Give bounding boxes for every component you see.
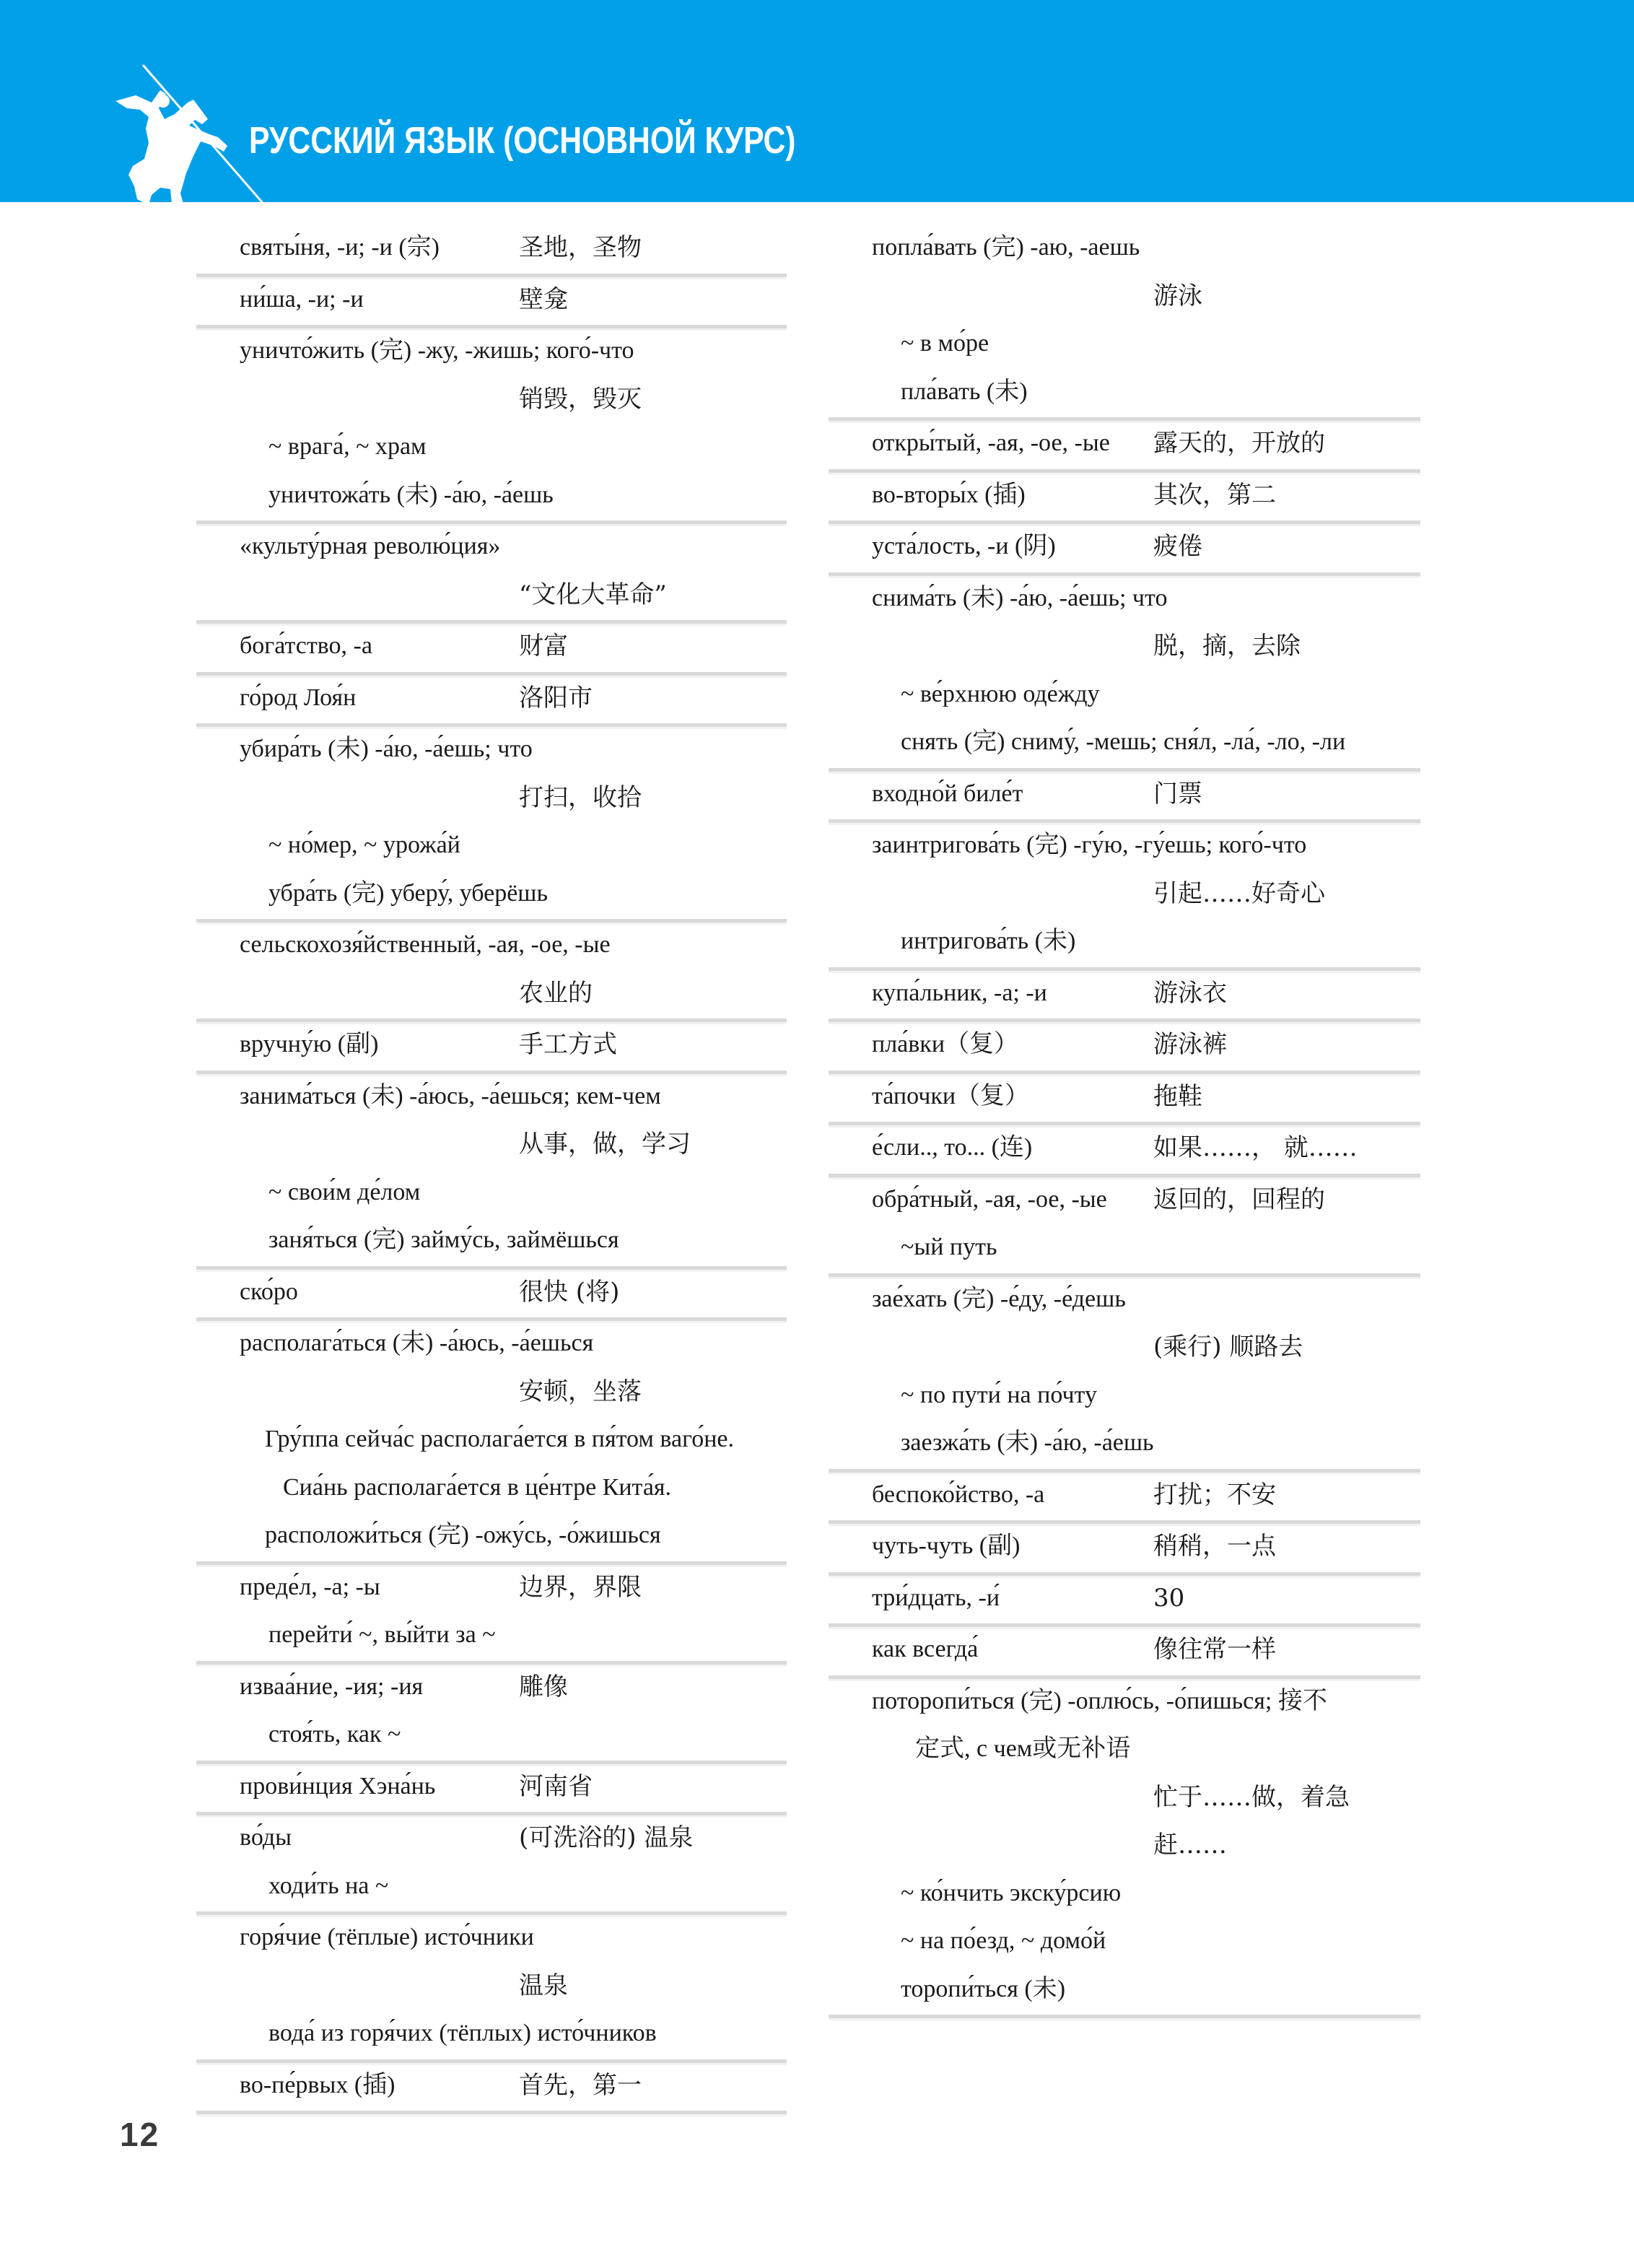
glossary-entry: попла́вать (完) -аю, -аешь游泳~ в мо́репла́… bbox=[829, 225, 1420, 421]
example-text: ~ врага́, ~ храм bbox=[268, 424, 427, 469]
entry-line: ~ но́мер, ~ урожа́й bbox=[196, 823, 787, 871]
chinese-translation: 圣地，圣物 bbox=[519, 225, 642, 270]
glossary-entry: обра́тный, -ая, -ое, -ые返回的，回程的~ый путь bbox=[829, 1177, 1420, 1277]
entry-line: 销毁，毁灭 bbox=[196, 377, 787, 425]
entry-line: 温泉 bbox=[196, 1963, 787, 2012]
entry-line: убра́ть (完) уберу́, уберёшь bbox=[196, 871, 787, 920]
russian-term: располага́ться (未) -а́юсь, -а́ешься bbox=[240, 1321, 593, 1366]
russian-term: беспоко́йство, -а bbox=[872, 1473, 1044, 1517]
chinese-translation: 脱，摘，去除 bbox=[1153, 624, 1301, 668]
entry-line: уничтожа́ть (未) -а́ю, -а́ешь bbox=[196, 473, 787, 521]
entry-line: три́дцать, -и́30 bbox=[829, 1576, 1420, 1624]
chinese-translation: 手工方式 bbox=[519, 1022, 617, 1067]
russian-term: ско́ро bbox=[240, 1270, 298, 1314]
glossary-entry: ско́ро很快 (将) bbox=[196, 1270, 787, 1322]
glossary-entry: «культу́рная револю́ция»“文化大革命” bbox=[196, 524, 787, 624]
chinese-translation: 壁龛 bbox=[519, 277, 568, 322]
chinese-translation: 像往常一样 bbox=[1153, 1627, 1276, 1672]
example-text: пла́вать (未) bbox=[901, 370, 1028, 414]
glossary-entry: уста́лость, -и (阴)疲倦 bbox=[829, 524, 1420, 576]
chinese-translation: 30 bbox=[1153, 1576, 1184, 1621]
russian-term: занима́ться (未) -а́юсь, -а́ешься; кем-че… bbox=[240, 1074, 661, 1119]
entry-line: вручну́ю (副)手工方式 bbox=[196, 1022, 787, 1070]
example-text: ~ в мо́ре bbox=[901, 321, 989, 366]
entry-line: стоя́ть, как ~ bbox=[196, 1712, 787, 1761]
entry-line: уничто́жить (完) -жу, -жишь; кого́-что bbox=[196, 328, 787, 377]
russian-term: изваа́ние, -ия; -ия bbox=[240, 1665, 423, 1709]
glossary-entry: пла́вки（复）游泳裤 bbox=[829, 1022, 1420, 1074]
glossary-entry: располага́ться (未) -а́юсь, -а́ешься安顿，坐落… bbox=[196, 1321, 787, 1565]
entry-line: ~ на по́езд, ~ домо́й bbox=[829, 1919, 1420, 1967]
russian-term: поторопи́ться (完) -оплю́сь, -о́пишься; 接… bbox=[872, 1679, 1327, 1724]
entry-line: пла́вки（复）游泳裤 bbox=[829, 1022, 1420, 1070]
example-text: ~ ве́рхнюю оде́жду bbox=[901, 672, 1100, 717]
chinese-translation: 赶…… bbox=[1153, 1823, 1227, 1867]
entry-line: зае́хать (完) -е́ду, -е́дешь bbox=[829, 1277, 1420, 1325]
russian-term: бога́тство, -а bbox=[240, 624, 372, 668]
entry-line: 忙于……做，着急 bbox=[829, 1775, 1420, 1823]
example-text: Гру́ппа сейча́с располага́ется в пя́том … bbox=[265, 1417, 734, 1462]
chinese-translation: 首先，第一 bbox=[519, 2063, 642, 2108]
glossary-entry: сельскохозя́йственный, -ая, -ое, -ые农业的 bbox=[196, 923, 787, 1022]
chinese-translation: 疲倦 bbox=[1153, 524, 1202, 569]
chinese-translation: 很快 (将) bbox=[519, 1270, 619, 1314]
russian-term: во-пе́рвых (插) bbox=[240, 2063, 395, 2108]
glossary-entry: е́сли.., то... (连)如果……， 就…… bbox=[829, 1125, 1420, 1177]
page-number: 12 bbox=[120, 2115, 160, 2154]
entry-line: купа́льник, -а; -и游泳衣 bbox=[829, 971, 1420, 1019]
chinese-translation: “文化大革命” bbox=[519, 572, 667, 617]
entry-line: пла́вать (未) bbox=[829, 370, 1420, 418]
glossary-entry: вручну́ю (副)手工方式 bbox=[196, 1022, 787, 1074]
entry-line: сельскохозя́йственный, -ая, -ое, -ые bbox=[196, 923, 787, 971]
example-text: интригова́ть (未) bbox=[901, 919, 1075, 964]
russian-term: ни́ша, -и; -и bbox=[240, 277, 364, 322]
chinese-translation: (乘行) 顺路去 bbox=[1153, 1325, 1303, 1369]
entry-line: перейти́ ~, вы́йти за ~ bbox=[196, 1613, 787, 1661]
entry-line: 脱，摘，去除 bbox=[829, 624, 1420, 672]
entry-line: во-вторы́х (插)其次，第二 bbox=[829, 473, 1420, 521]
entry-line: ~ свои́м де́лом bbox=[196, 1170, 787, 1218]
example-text: убра́ть (完) уберу́, уберёшь bbox=[268, 871, 548, 916]
russian-term: как всегда́ bbox=[872, 1627, 978, 1672]
glossary-entry: изваа́ние, -ия; -ия雕像стоя́ть, как ~ bbox=[196, 1665, 787, 1764]
russian-term: уничто́жить (完) -жу, -жишь; кого́-что bbox=[240, 328, 634, 373]
entry-line: ~ ве́рхнюю оде́жду bbox=[829, 672, 1420, 720]
entry-line: 农业的 bbox=[196, 971, 787, 1019]
entry-line: Сиа́нь располага́ется в це́нтре Кита́я. bbox=[196, 1465, 787, 1514]
glossary-column-right: попла́вать (完) -аю, -аешь游泳~ в мо́репла́… bbox=[829, 225, 1420, 2018]
example-text: снять (完) сниму́, -мешь; сня́л, -ла́, -л… bbox=[901, 720, 1345, 764]
russian-term: откры́тый, -ая, -ое, -ые bbox=[872, 421, 1110, 466]
chinese-translation: 雕像 bbox=[519, 1665, 568, 1709]
entry-line: заезжа́ть (未) -а́ю, -а́ешь bbox=[829, 1421, 1420, 1469]
entry-line: 引起……好奇心 bbox=[829, 871, 1420, 920]
example-text: ~ ко́нчить экску́рсию bbox=[901, 1871, 1121, 1916]
russian-term: прови́нция Хэна́нь bbox=[240, 1764, 435, 1809]
example-text: ~ свои́м де́лом bbox=[268, 1170, 420, 1215]
glossary-entry: святы́ня, -и; -и (宗)圣地，圣物 bbox=[196, 225, 787, 277]
glossary-entry: го́род Лоя́н洛阳市 bbox=[196, 676, 787, 728]
russian-term: убира́ть (未) -а́ю, -а́ешь; что bbox=[240, 727, 533, 772]
glossary-entry: во́ды(可洗浴的) 温泉ходи́ть на ~ bbox=[196, 1815, 787, 1915]
entry-line: ходи́ть на ~ bbox=[196, 1864, 787, 1912]
glossary-entry: во-пе́рвых (插)首先，第一 bbox=[196, 2063, 787, 2115]
example-text: торопи́ться (未) bbox=[901, 1967, 1065, 2012]
chinese-translation: 打扰；不安 bbox=[1153, 1473, 1276, 1517]
book-title: РУССКИЙ ЯЗЫК (ОСНОВНОЙ КУРС) bbox=[249, 115, 795, 166]
entry-line: го́род Лоя́н洛阳市 bbox=[196, 676, 787, 724]
glossary-entry: убира́ть (未) -а́ю, -а́ешь; что打扫，收拾~ но́… bbox=[196, 727, 787, 923]
example-text: ~ но́мер, ~ урожа́й bbox=[268, 823, 460, 868]
entry-line: снима́ть (未) -а́ю, -а́ешь; что bbox=[829, 576, 1420, 624]
entry-line: беспоко́йство, -а打扰；不安 bbox=[829, 1473, 1420, 1521]
russian-term: вручну́ю (副) bbox=[240, 1022, 378, 1067]
russian-term: попла́вать (完) -аю, -аешь bbox=[872, 225, 1140, 270]
glossary-entry: та́почки（复）拖鞋 bbox=[829, 1074, 1420, 1126]
entry-line: ни́ша, -и; -и壁龛 bbox=[196, 277, 787, 326]
entry-line: откры́тый, -ая, -ое, -ые露天的，开放的 bbox=[829, 421, 1420, 469]
entry-line: 定式, с чем或无补语 bbox=[829, 1727, 1420, 1775]
entry-line: 从事，做，学习 bbox=[196, 1122, 787, 1170]
russian-term: 定式, с чем或无补语 bbox=[915, 1727, 1130, 1771]
chinese-translation: 从事，做，学习 bbox=[519, 1122, 691, 1166]
entry-line: входно́й биле́т门票 bbox=[829, 772, 1420, 820]
entry-line: бога́тство, -а财富 bbox=[196, 624, 787, 672]
chinese-translation: 返回的，回程的 bbox=[1153, 1177, 1325, 1222]
glossary-entry: заинтригова́ть (完) -гу́ю, -гу́ешь; кого́… bbox=[829, 823, 1420, 971]
entry-line: е́сли.., то... (连)如果……， 就…… bbox=[829, 1125, 1420, 1174]
russian-term: уста́лость, -и (阴) bbox=[872, 524, 1056, 569]
glossary-column-left: святы́ня, -и; -и (宗)圣地，圣物ни́ша, -и; -и壁龛… bbox=[196, 225, 787, 2114]
chinese-translation: 打扫，收拾 bbox=[519, 775, 642, 820]
chinese-translation: 农业的 bbox=[519, 971, 593, 1016]
russian-term: Сиа́нь располага́ется в це́нтре Кита́я. bbox=[283, 1465, 671, 1510]
russian-term: та́почки（复） bbox=[872, 1074, 1029, 1119]
entry-line: 打扫，收拾 bbox=[196, 775, 787, 824]
glossary-entry: откры́тый, -ая, -ое, -ые露天的，开放的 bbox=[829, 421, 1420, 473]
glossary-entry: входно́й биле́т门票 bbox=[829, 772, 1420, 824]
chinese-translation: 引起……好奇心 bbox=[1153, 871, 1325, 916]
example-text: ходи́ть на ~ bbox=[268, 1864, 388, 1909]
chinese-translation: 门票 bbox=[1153, 772, 1202, 816]
entry-line: во-пе́рвых (插)首先，第一 bbox=[196, 2063, 787, 2111]
entry-line: ~ в мо́ре bbox=[829, 321, 1420, 370]
glossary-entry: зае́хать (完) -е́ду, -е́дешь(乘行) 顺路去~ по … bbox=[829, 1277, 1420, 1473]
chinese-translation: 河南省 bbox=[519, 1764, 593, 1809]
russian-term: во-вторы́х (插) bbox=[872, 473, 1026, 518]
glossary-entry: прови́нция Хэна́нь河南省 bbox=[196, 1764, 787, 1816]
entry-line: та́почки（复）拖鞋 bbox=[829, 1074, 1420, 1122]
russian-term: снима́ть (未) -а́ю, -а́ешь; что bbox=[872, 576, 1167, 621]
russian-term: «культу́рная револю́ция» bbox=[240, 524, 500, 569]
entry-line: попла́вать (完) -аю, -аешь bbox=[829, 225, 1420, 274]
glossary-entry: занима́ться (未) -а́юсь, -а́ешься; кем-че… bbox=[196, 1074, 787, 1270]
russian-term: входно́й биле́т bbox=[872, 772, 1023, 816]
entry-line: святы́ня, -и; -и (宗)圣地，圣物 bbox=[196, 225, 787, 274]
chinese-translation: 洛阳市 bbox=[519, 676, 593, 720]
entry-line: поторопи́ться (完) -оплю́сь, -о́пишься; 接… bbox=[829, 1679, 1420, 1727]
glossary-entry: купа́льник, -а; -и游泳衣 bbox=[829, 971, 1420, 1023]
glossary-entry: уничто́жить (完) -жу, -жишь; кого́-что销毁，… bbox=[196, 328, 787, 524]
entry-line: расположи́ться (完) -ожу́сь, -о́жишься bbox=[196, 1513, 787, 1561]
chinese-translation: 其次，第二 bbox=[1153, 473, 1276, 518]
chinese-translation: 游泳裤 bbox=[1153, 1022, 1227, 1067]
example-text: расположи́ться (完) -ожу́сь, -о́жишься bbox=[265, 1513, 661, 1558]
entry-line: уста́лость, -и (阴)疲倦 bbox=[829, 524, 1420, 572]
chinese-translation: 拖鞋 bbox=[1153, 1074, 1202, 1119]
entry-line: чуть-чуть (副)稍稍，一点 bbox=[829, 1524, 1420, 1572]
entry-line: 游泳 bbox=[829, 274, 1420, 322]
chinese-translation: 游泳衣 bbox=[1153, 971, 1227, 1016]
chinese-translation: 忙于……做，着急 bbox=[1153, 1775, 1350, 1820]
entry-line: Гру́ппа сейча́с располага́ется в пя́том … bbox=[196, 1417, 787, 1465]
russian-term: горя́чие (тёплые) исто́чники bbox=[240, 1915, 534, 1960]
glossary-entry: три́дцать, -и́30 bbox=[829, 1576, 1420, 1628]
glossary-entry: горя́чие (тёплые) исто́чники温泉вода́ из г… bbox=[196, 1915, 787, 2063]
chinese-translation: 安顿，坐落 bbox=[519, 1369, 642, 1414]
glossary-entry: бога́тство, -а财富 bbox=[196, 624, 787, 676]
glossary-entry: как всегда́像往常一样 bbox=[829, 1627, 1420, 1679]
chinese-translation: 财富 bbox=[519, 624, 568, 668]
entry-line: заинтригова́ть (完) -гу́ю, -гу́ешь; кого́… bbox=[829, 823, 1420, 871]
example-text: перейти́ ~, вы́йти за ~ bbox=[268, 1613, 496, 1657]
example-text: ~ по пути́ на по́чту bbox=[901, 1373, 1097, 1418]
entry-line: «культу́рная револю́ция» bbox=[196, 524, 787, 572]
chinese-translation: 边界，界限 bbox=[519, 1565, 642, 1610]
entry-line: вода́ из горя́чих (тёплых) исто́чников bbox=[196, 2011, 787, 2059]
entry-line: снять (完) сниму́, -мешь; сня́л, -ла́, -л… bbox=[829, 720, 1420, 768]
entry-line: 赶…… bbox=[829, 1823, 1420, 1871]
entry-line: убира́ть (未) -а́ю, -а́ешь; что bbox=[196, 727, 787, 775]
chinese-translation: 稍稍，一点 bbox=[1153, 1524, 1276, 1569]
glossary-entry: беспоко́йство, -а打扰；不安 bbox=[829, 1473, 1420, 1525]
example-text: стоя́ть, как ~ bbox=[268, 1712, 401, 1757]
glossary-entry: поторопи́ться (完) -оплю́сь, -о́пишься; 接… bbox=[829, 1679, 1420, 2019]
chinese-translation: 温泉 bbox=[519, 1963, 568, 2008]
entry-line: преде́л, -а; -ы边界，界限 bbox=[196, 1565, 787, 1613]
header-band: РУССКИЙ ЯЗЫК (ОСНОВНОЙ КУРС) bbox=[0, 0, 1634, 202]
example-text: заезжа́ть (未) -а́ю, -а́ешь bbox=[901, 1421, 1154, 1465]
entry-line: интригова́ть (未) bbox=[829, 919, 1420, 967]
russian-term: преде́л, -а; -ы bbox=[240, 1565, 380, 1610]
chinese-translation: 销毁，毁灭 bbox=[519, 377, 642, 422]
example-text: ~ый путь bbox=[901, 1225, 997, 1270]
glossary-entry: ни́ша, -и; -и壁龛 bbox=[196, 277, 787, 329]
russian-term: зае́хать (完) -е́ду, -е́дешь bbox=[872, 1277, 1126, 1322]
russian-term: пла́вки（复） bbox=[872, 1022, 1018, 1067]
chinese-translation: 游泳 bbox=[1153, 274, 1202, 318]
russian-term: е́сли.., то... (连) bbox=[872, 1125, 1032, 1170]
entry-line: заня́ться (完) займу́сь, займёшься bbox=[196, 1218, 787, 1266]
example-text: уничтожа́ть (未) -а́ю, -а́ешь bbox=[268, 473, 554, 518]
russian-term: заинтригова́ть (完) -гу́ю, -гу́ешь; кого́… bbox=[872, 823, 1306, 868]
entry-line: как всегда́像往常一样 bbox=[829, 1627, 1420, 1675]
russian-term: во́ды bbox=[240, 1815, 292, 1860]
entry-line: ~ врага́, ~ храм bbox=[196, 424, 787, 473]
entry-line: ~ по пути́ на по́чту bbox=[829, 1373, 1420, 1421]
entry-line: торопи́ться (未) bbox=[829, 1967, 1420, 2015]
russian-term: обра́тный, -ая, -ое, -ые bbox=[872, 1177, 1107, 1222]
entry-line: горя́чие (тёплые) исто́чники bbox=[196, 1915, 787, 1963]
chinese-translation: (可洗浴的) 温泉 bbox=[519, 1815, 693, 1860]
glossary-entry: чуть-чуть (副)稍稍，一点 bbox=[829, 1524, 1420, 1576]
glossary-entry: во-вторы́х (插)其次，第二 bbox=[829, 473, 1420, 525]
example-text: вода́ из горя́чих (тёплых) исто́чников bbox=[268, 2011, 657, 2056]
example-text: заня́ться (完) займу́сь, займёшься bbox=[268, 1218, 619, 1262]
entry-line: “文化大革命” bbox=[196, 572, 787, 621]
russian-term: го́род Лоя́н bbox=[240, 676, 356, 720]
glossary-entry: преде́л, -а; -ы边界，界限перейти́ ~, вы́йти з… bbox=[196, 1565, 787, 1665]
entry-line: во́ды(可洗浴的) 温泉 bbox=[196, 1815, 787, 1864]
entry-line: изваа́ние, -ия; -ия雕像 bbox=[196, 1665, 787, 1713]
russian-term: сельскохозя́йственный, -ая, -ое, -ые bbox=[240, 923, 611, 967]
entry-line: занима́ться (未) -а́юсь, -а́ешься; кем-че… bbox=[196, 1074, 787, 1122]
russian-term: три́дцать, -и́ bbox=[872, 1576, 1000, 1621]
entry-line: располага́ться (未) -а́юсь, -а́ешься bbox=[196, 1321, 787, 1369]
chinese-translation: 露天的，开放的 bbox=[1153, 421, 1325, 466]
russian-term: чуть-чуть (副) bbox=[872, 1524, 1020, 1569]
entry-line: ~ый путь bbox=[829, 1225, 1420, 1273]
chinese-translation: 如果……， 就…… bbox=[1153, 1125, 1358, 1170]
entry-line: ско́ро很快 (将) bbox=[196, 1270, 787, 1318]
entry-line: обра́тный, -ая, -ое, -ые返回的，回程的 bbox=[829, 1177, 1420, 1226]
russian-term: святы́ня, -и; -и (宗) bbox=[240, 225, 440, 270]
entry-line: ~ ко́нчить экску́рсию bbox=[829, 1871, 1420, 1919]
glossary-entry: снима́ть (未) -а́ю, -а́ешь; что脱，摘，去除~ ве… bbox=[829, 576, 1420, 772]
entry-line: прови́нция Хэна́нь河南省 bbox=[196, 1764, 787, 1813]
example-text: ~ на по́езд, ~ домо́й bbox=[901, 1919, 1106, 1963]
entry-line: (乘行) 顺路去 bbox=[829, 1325, 1420, 1373]
entry-line: 安顿，坐落 bbox=[196, 1369, 787, 1418]
russian-term: купа́льник, -а; -и bbox=[872, 971, 1047, 1016]
